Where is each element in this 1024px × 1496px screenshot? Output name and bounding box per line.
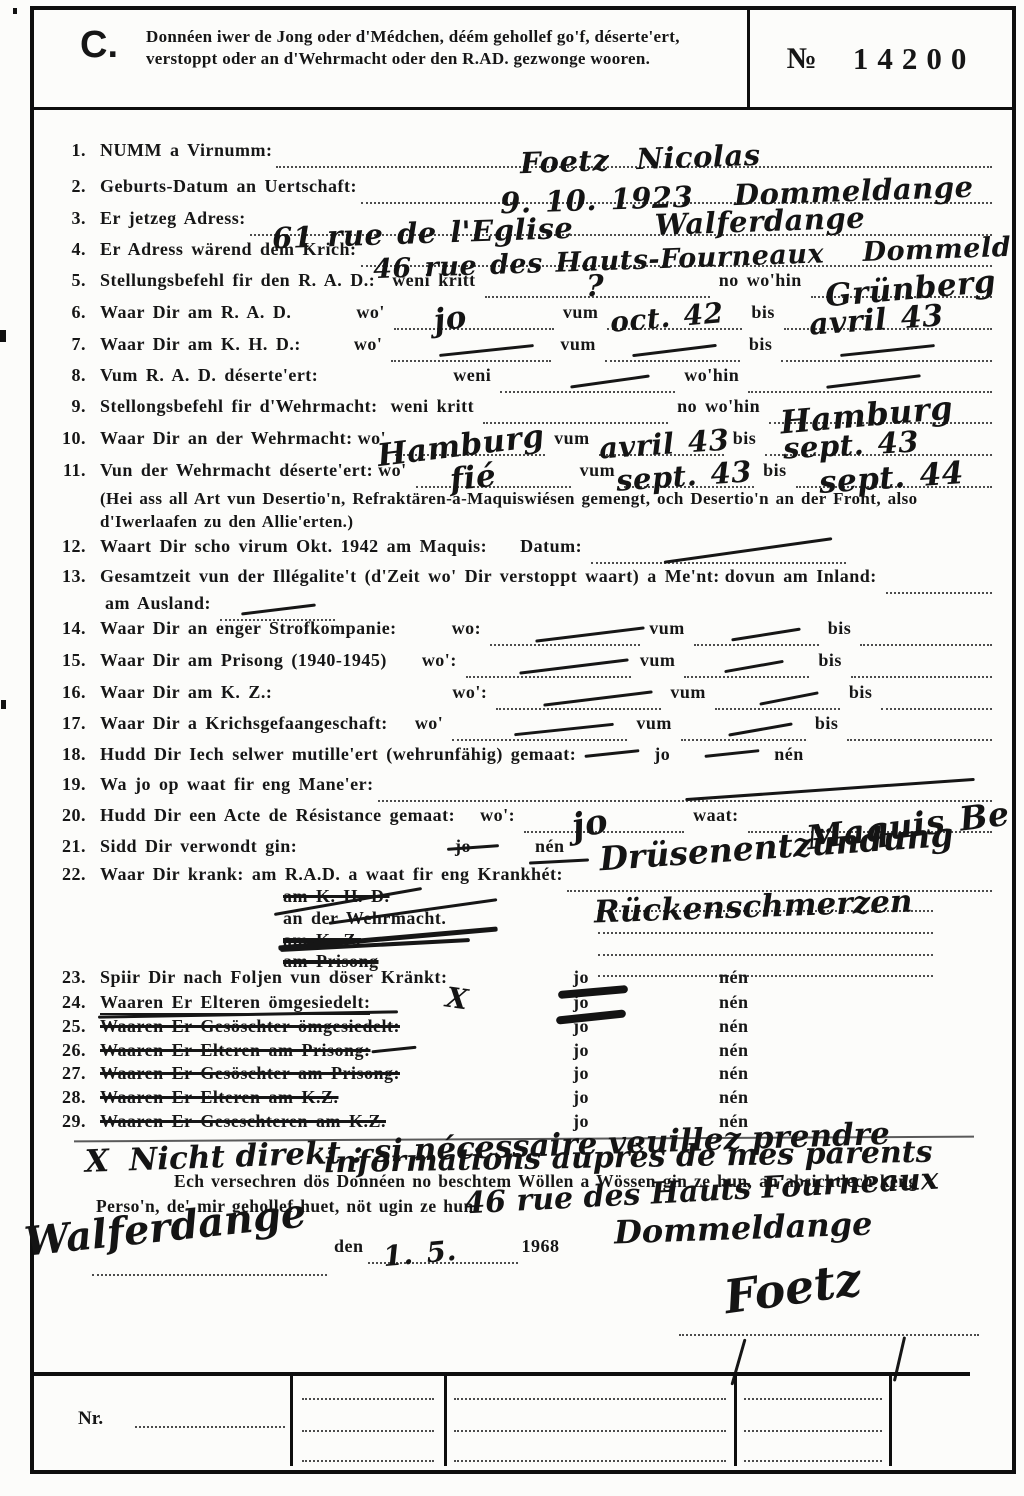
- handwritten-jo: jo: [432, 304, 468, 336]
- answer-line: Foetz Nicolas: [276, 144, 992, 168]
- answer-line: Grünberg: [811, 274, 992, 298]
- table-divider: [290, 1376, 293, 1466]
- answer-line: fié: [416, 464, 571, 488]
- answer-line: jo: [524, 809, 684, 833]
- question-row-20: 20. Hudd Dir een Acte de Résistance gema…: [48, 805, 996, 833]
- question-label: Waar Dir an enger Strofkompanie:: [100, 618, 397, 639]
- table-cell-line: [302, 1458, 434, 1462]
- question-label: Gesamtzeit vun der Illégalite't (d'Zeit …: [100, 566, 720, 587]
- field-label-vum: vum: [631, 713, 677, 734]
- question-number: 28.: [48, 1087, 100, 1108]
- field-label-wo: wo': [353, 428, 392, 449]
- handwritten-date: sept. 43: [783, 428, 920, 461]
- answer-line: ?: [485, 274, 710, 298]
- question-row-10: 10. Waar Dir an der Wehrmacht: wo' Hambu…: [48, 428, 996, 456]
- field-label-vum: vum: [558, 302, 604, 323]
- handwritten-signature: Foetz: [722, 1259, 864, 1319]
- field-label-weni: weni: [448, 365, 496, 386]
- date-line: 1. 5.: [368, 1240, 518, 1264]
- answer-line: [391, 338, 551, 362]
- field-label-wo: wo': [351, 302, 390, 323]
- answer-line: sept. 43: [765, 432, 992, 456]
- handwritten-name: Foetz Nicolas: [519, 142, 760, 176]
- question-number: 17.: [48, 713, 100, 734]
- question-label: Waar Dir am K. H. D.:: [100, 334, 301, 355]
- answer-line: [378, 778, 992, 802]
- option-jo: jo: [573, 1111, 589, 1132]
- question-number: 26.: [48, 1040, 100, 1061]
- table-divider: [444, 1376, 447, 1466]
- question-row-21: 21. Sidd Dir verwondt gin: jo nén: [48, 836, 996, 864]
- question-row-5: 5. Stellungsbefehl fir den R. A. D.: wen…: [48, 270, 996, 298]
- answer-line: avril 43: [784, 306, 992, 330]
- table-cell-line: [454, 1396, 726, 1400]
- field-label-bis: bis: [813, 650, 847, 671]
- pen-stroke: [725, 660, 785, 673]
- field-label-bis: bis: [823, 618, 857, 639]
- answer-line: [748, 369, 992, 393]
- field-label-vum: vum: [555, 334, 601, 355]
- question-number: 16.: [48, 682, 100, 703]
- question-row-16: 16. Waar Dir am K. Z.: wo': vum bis: [48, 682, 996, 710]
- answer-line: [860, 622, 992, 646]
- scan-artifact: [0, 330, 6, 342]
- answer-line: [684, 654, 809, 678]
- field-label-wo: wo': [410, 713, 449, 734]
- scanned-form-page: C. Donnéen iwer de Jong oder d'Médchen, …: [0, 0, 1024, 1496]
- question-row-2: 2. Geburts-Datum an Uertschaft: 9. 10. 1…: [48, 176, 996, 204]
- pen-stroke: [705, 749, 760, 758]
- field-label-no-wohin: no wo'hin: [714, 270, 807, 291]
- option-nen: nén: [719, 1111, 749, 1132]
- question-11-note: (Hei ass all Art vun Desertio'n, Refrakt…: [100, 488, 980, 534]
- option-jo-struck: jo: [455, 836, 471, 857]
- question-label: Stellongsbefehl fir d'Wehrmacht:: [100, 396, 378, 417]
- answer-line: 9. 10. 1923 Dommeldange: [361, 180, 992, 204]
- answer-line: [500, 369, 675, 393]
- form-number-box: № 14200: [747, 10, 1012, 107]
- answer-line: [715, 686, 840, 710]
- field-label-vum: vum: [549, 428, 595, 449]
- form-border: C. Donnéen iwer de Jong oder d'Médchen, …: [30, 6, 1016, 1474]
- question-row-19: 19. Wa jo op waat fir eng Mane'er:: [48, 774, 996, 802]
- question-label: Hudd Dir een Acte de Résistance gemaat:: [100, 805, 455, 826]
- field-label-wo: wo': [349, 334, 388, 355]
- question-number: 5.: [48, 270, 100, 291]
- question-row-8: 8. Vum R. A. D. déserte'ert: weni wo'hin: [48, 365, 996, 393]
- question-row-3: 3. Er jetzeg Adress: 61 rue de l'Eglise …: [48, 208, 996, 236]
- question-row-11: 11. Vun der Wehrmacht déserte'ert: wo' f…: [48, 460, 996, 488]
- table-divider: [889, 1376, 892, 1466]
- answer-line: [781, 338, 992, 362]
- field-label-vum: vum: [575, 460, 621, 481]
- scan-artifact: [1, 700, 6, 709]
- question-label-struck: Waaren Er Gesöschter am Prisong:: [100, 1063, 400, 1084]
- handwritten-date-value: 1. 5.: [382, 1238, 458, 1270]
- question-row-13: 13. Gesamtzeit vun der Illégalite't (d'Z…: [48, 566, 996, 594]
- question-label: Waar Dir am Prisong (1940-1945): [100, 650, 387, 671]
- question-number: 9.: [48, 396, 100, 417]
- option-nen: nén: [719, 992, 749, 1013]
- pen-stroke: [372, 1046, 417, 1054]
- pen-stroke: [585, 749, 640, 758]
- field-label-wo: wo:: [447, 618, 487, 639]
- answer-line: [591, 540, 846, 564]
- answer-line: [881, 686, 992, 710]
- question-row-6: 6. Waar Dir am R. A. D. wo' jo vum oct. …: [48, 302, 996, 330]
- field-label-bis: bis: [744, 334, 778, 355]
- field-label-wohin: wo'hin: [679, 365, 744, 386]
- question-number: 12.: [48, 536, 100, 557]
- handwritten-date: avril 43: [598, 426, 730, 461]
- question-number: 27.: [48, 1063, 100, 1084]
- question-label-struck: Waaren Er Elteren am K.Z.: [100, 1087, 339, 1108]
- question-number: 19.: [48, 774, 100, 795]
- answer-line: [452, 717, 627, 741]
- question-label: Er Adress wärend dem Krich:: [100, 239, 357, 260]
- pen-stroke: [759, 691, 818, 705]
- question-number: 4.: [48, 239, 100, 260]
- answer-line: [466, 654, 631, 678]
- question-number: 2.: [48, 176, 100, 197]
- form-number: 14200: [853, 41, 976, 77]
- question-row-15: 15. Waar Dir am Prisong (1940-1945) wo':…: [48, 650, 996, 678]
- declaration-line1: Ech versechren dös Donnéen no beschtem W…: [174, 1170, 994, 1194]
- answer-line: [681, 717, 806, 741]
- question-label: Vun der Wehrmacht déserte'ert:: [100, 460, 373, 481]
- field-label-bis: bis: [844, 682, 878, 703]
- table-cell-line: [454, 1428, 726, 1432]
- answer-line: [605, 338, 740, 362]
- question-row-4: 4. Er Adress wärend dem Krich: 46 rue de…: [48, 239, 996, 267]
- answer-line: [490, 622, 640, 646]
- table-cell-line: [454, 1458, 726, 1462]
- pen-stroke: [543, 690, 653, 706]
- question-label: Hudd Dir Iech selwer mutille'ert (wehrun…: [100, 744, 576, 765]
- handwritten-date: oct. 42: [609, 300, 724, 335]
- field-label-bis: bis: [728, 428, 762, 449]
- question-number: 10.: [48, 428, 100, 449]
- question-label: Waart Dir scho virum Okt. 1942 am Maquis…: [100, 536, 487, 557]
- option-nen: nén: [719, 1040, 749, 1061]
- question-label: Geburts-Datum an Uertschaft:: [100, 176, 357, 197]
- question-row-13b: am Ausland:: [48, 593, 996, 621]
- field-label-vum: vum: [644, 618, 690, 639]
- pen-stroke: [535, 626, 645, 642]
- question-label-struck: Waaren Er Gesöschter ömgesiedelt:: [100, 1016, 400, 1037]
- question-label: Stellungsbefehl fir den R. A. D.:: [100, 270, 375, 291]
- question-row-12: 12. Waart Dir scho virum Okt. 1942 am Ma…: [48, 536, 996, 564]
- handwritten-mark: ?: [586, 273, 604, 300]
- pen-stroke: [729, 722, 794, 736]
- table-cell-line: [744, 1458, 882, 1462]
- option-nen: nén: [719, 1016, 749, 1037]
- question-label: Waar Dir am R. A. D.: [100, 302, 291, 323]
- question-number: 29.: [48, 1111, 100, 1132]
- question-number: 13.: [48, 566, 100, 587]
- pen-stroke: [570, 374, 650, 388]
- answer-line: Hamburg: [769, 400, 992, 424]
- answer-line: [496, 686, 661, 710]
- question-number: 21.: [48, 836, 100, 857]
- field-label-vum: vum: [635, 650, 681, 671]
- place-line: [92, 1272, 327, 1276]
- answer-line: [847, 717, 992, 741]
- section-letter: C.: [80, 26, 118, 107]
- scan-artifact: [13, 8, 17, 14]
- pen-stroke: [519, 658, 629, 674]
- pen-stroke: [663, 537, 832, 564]
- footer-table: Nr.: [30, 1372, 970, 1466]
- field-label-bis: bis: [810, 713, 844, 734]
- option-nen: nén: [769, 744, 809, 765]
- question-label: Waar Dir an der Wehrmacht:: [100, 428, 353, 449]
- question-label: Spiir Dir nach Foljen vun döser Kränkt:: [100, 967, 448, 988]
- answer-line: [483, 400, 668, 424]
- question-label: Er jetzeg Adress:: [100, 208, 246, 229]
- field-label-weni-kritt: weni kritt: [387, 270, 481, 291]
- field-label-no-wohin: no wo'hin: [672, 396, 765, 417]
- question-label-struck: Waaren Er Elteren am Prisong:: [100, 1040, 370, 1061]
- signature-line: [679, 1332, 979, 1336]
- question-number: 15.: [48, 650, 100, 671]
- question-row-7: 7. Waar Dir am K. H. D.: wo' vum bis: [48, 334, 996, 362]
- pen-stroke: [840, 344, 935, 357]
- option-jo: jo: [573, 967, 589, 988]
- handwritten-x-mark: X: [84, 1143, 109, 1180]
- answer-line: Maquis Be: [748, 809, 992, 833]
- pen-stroke: [241, 603, 316, 615]
- question-label: Wa jo op waat fir eng Mane'er:: [100, 774, 374, 795]
- answer-line: [886, 570, 992, 594]
- question-row-9: 9. Stellongsbefehl fir d'Wehrmacht: weni…: [48, 396, 996, 424]
- answer-line: sept. 43: [624, 464, 754, 488]
- option-jo: jo: [573, 1040, 589, 1061]
- answer-line: oct. 42: [607, 306, 742, 330]
- table-divider: [734, 1376, 737, 1466]
- question-number: 18.: [48, 744, 100, 765]
- question-label: Waar Dir a Krichsgefaangeschaft:: [100, 713, 388, 734]
- numero-symbol: №: [787, 42, 817, 76]
- field-label-wo: wo':: [475, 805, 520, 826]
- question-row-17: 17. Waar Dir a Krichsgefaangeschaft: wo'…: [48, 713, 996, 741]
- answer-line: 46 rue des Hauts-Fourneaux Dommeld: [361, 243, 992, 267]
- field-label-wo: wo': [373, 460, 412, 481]
- pen-stroke: [632, 344, 717, 357]
- question-label: Waar Dir am K. Z.:: [100, 682, 272, 703]
- pen-stroke: [826, 374, 921, 389]
- question-label: Vum R. A. D. déserte'ert:: [100, 365, 318, 386]
- table-cell-line: [744, 1428, 882, 1432]
- date-year: 1968: [522, 1236, 560, 1257]
- field-label-inland: dovun am Inland:: [720, 566, 882, 587]
- option-nen-underlined: nén: [535, 836, 565, 857]
- question-number: 7.: [48, 334, 100, 355]
- question-row-1: 1. NUMM a Virnumm: Foetz Nicolas: [48, 140, 996, 168]
- field-label-bis: bis: [746, 302, 780, 323]
- question-label: NUMM a Virnumm:: [100, 140, 272, 161]
- option-jo: jo: [573, 1087, 589, 1108]
- question-row-23: 23. Spiir Dir nach Foljen vun döser Krän…: [48, 967, 996, 995]
- question-row-29: 29. Waaren Er Geseschteren am K.Z. jo né…: [48, 1111, 996, 1139]
- nr-label: Nr.: [78, 1408, 103, 1430]
- field-label-vum: vum: [665, 682, 711, 703]
- question-number: 20.: [48, 805, 100, 826]
- question-label: Waar Dir krank: am R.A.D. a waat fir eng…: [100, 864, 563, 885]
- field-label-wo: wo':: [447, 682, 492, 703]
- question-number: 1.: [48, 140, 100, 161]
- field-label-weni-kritt: weni kritt: [386, 396, 480, 417]
- question-number: 23.: [48, 967, 100, 988]
- question-number: 24.: [48, 992, 100, 1013]
- form-description: Donnéen iwer de Jong oder d'Médchen, déé…: [146, 26, 706, 107]
- answer-line: [851, 654, 992, 678]
- answer-line: avril 43: [599, 432, 724, 456]
- pen-stroke: [514, 723, 614, 736]
- table-cell-line: [302, 1396, 434, 1400]
- pen-stroke: [731, 628, 801, 642]
- form-header: C. Donnéen iwer de Jong oder d'Médchen, …: [34, 10, 1012, 110]
- question-label-struck: Waaren Er Geseschteren am K.Z.: [100, 1111, 386, 1132]
- nr-line: [135, 1424, 285, 1428]
- option-jo: jo: [573, 1063, 589, 1084]
- field-label-waat: waat:: [688, 805, 744, 826]
- question-row-18: 18. Hudd Dir Iech selwer mutille'ert (we…: [48, 744, 996, 772]
- field-label-datum: Datum:: [515, 536, 587, 557]
- date-row: den 1. 5. 1968: [334, 1236, 734, 1264]
- field-label-wo: wo':: [417, 650, 462, 671]
- option-nen: nén: [719, 1087, 749, 1108]
- date-label-den: den: [334, 1236, 364, 1257]
- pen-stroke: [439, 344, 534, 357]
- answer-line: sept. 44: [796, 464, 992, 488]
- question-number: 3.: [48, 208, 100, 229]
- option-nen: nén: [719, 967, 749, 988]
- field-label-ausland: am Ausland:: [100, 593, 216, 614]
- table-cell-line: [302, 1428, 434, 1432]
- question-number: 14.: [48, 618, 100, 639]
- answer-line: jo: [394, 306, 554, 330]
- answer-line: [694, 622, 819, 646]
- question-number: 22.: [48, 864, 100, 885]
- option-jo: jo: [649, 744, 675, 765]
- pen-stroke: [685, 778, 975, 801]
- question-number: 6.: [48, 302, 100, 323]
- question-number: 11.: [48, 460, 100, 481]
- table-cell-line: [744, 1396, 882, 1400]
- question-number: 25.: [48, 1016, 100, 1037]
- option-nen: nén: [719, 1063, 749, 1084]
- field-label-bis: bis: [758, 460, 792, 481]
- answer-line: 61 rue de l'Eglise Walferdange: [250, 212, 992, 236]
- question-row-14: 14. Waar Dir an enger Strofkompanie: wo:…: [48, 618, 996, 646]
- declaration-line2: Perso'n, de' mir gehollef huet, nöt ugin…: [96, 1195, 596, 1219]
- question-number: 8.: [48, 365, 100, 386]
- question-label: Sidd Dir verwondt gin:: [100, 836, 297, 857]
- answer-line: Hamburg: [395, 432, 545, 456]
